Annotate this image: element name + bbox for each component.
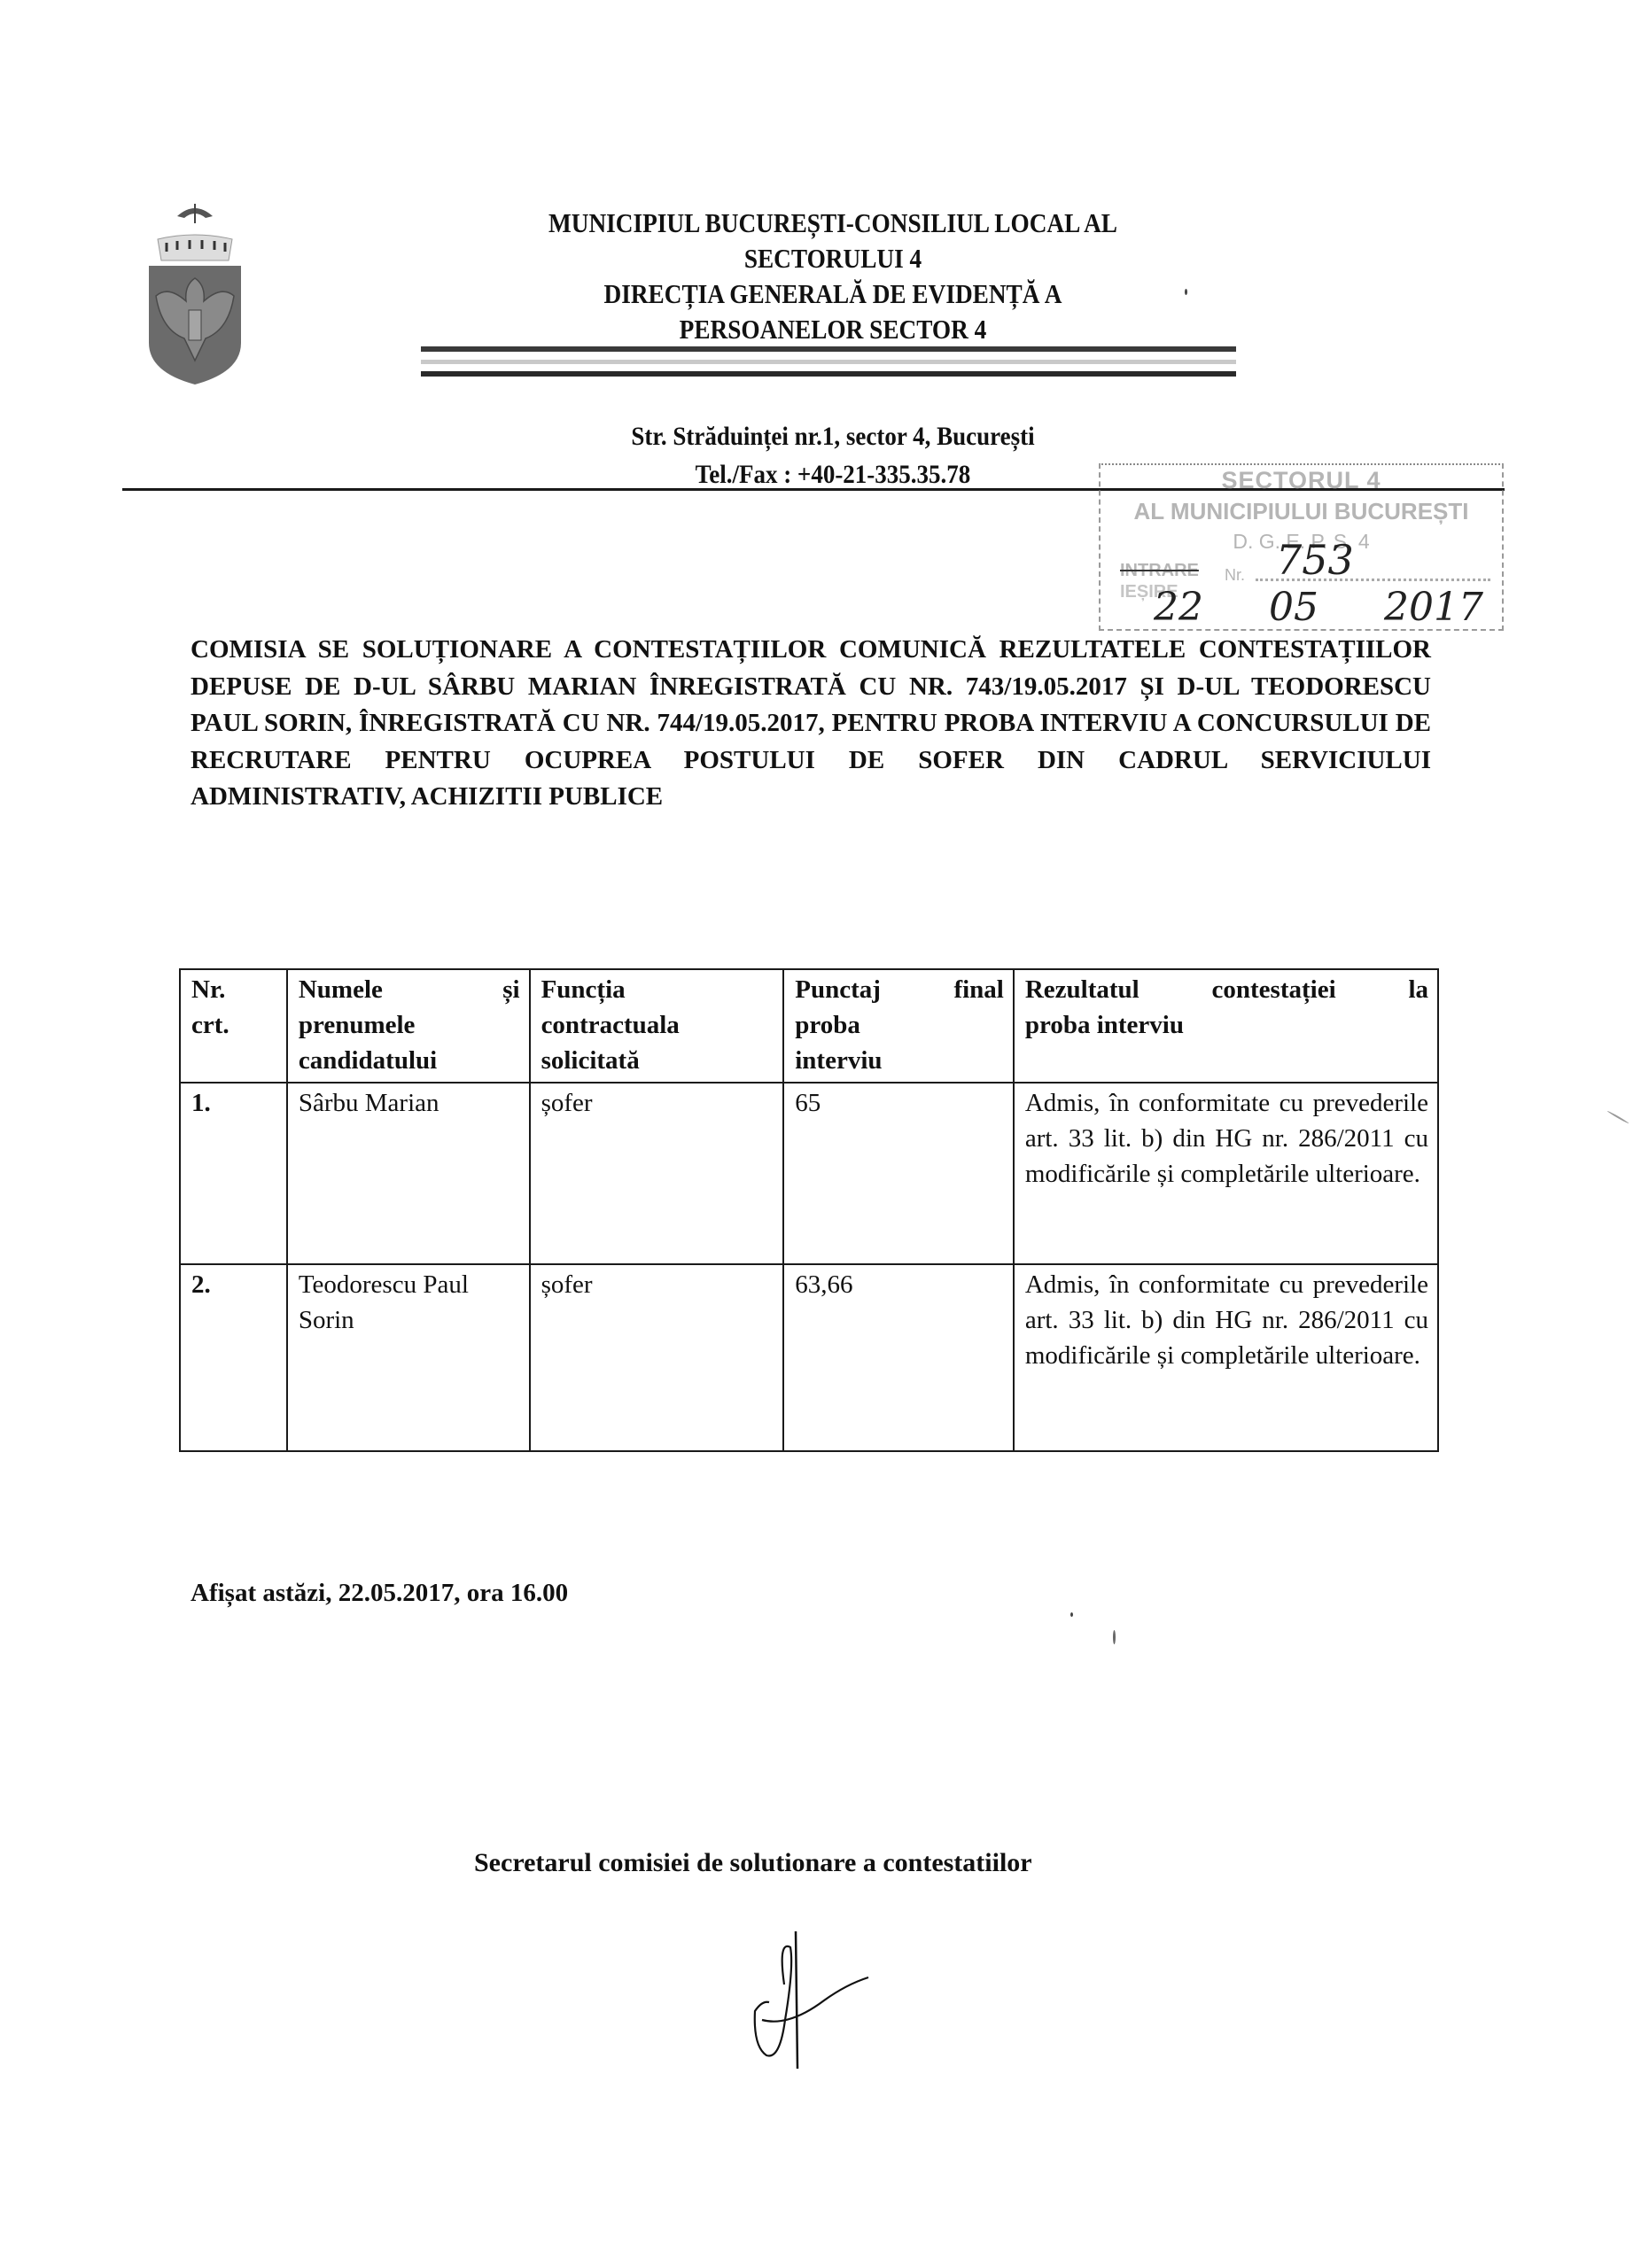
stamp-registration-number: 753 (1276, 536, 1354, 584)
header-score: Punctaj final proba interviu (783, 969, 1014, 1083)
header-text: candidatului (299, 1043, 520, 1078)
institution-line-2: SECTORULUI 4 (466, 241, 1199, 276)
stamp-date: 22 05 2017 (1154, 585, 1499, 630)
address: Str. Străduinței nr.1, sector 4, Bucureș… (458, 417, 1208, 455)
institution-line-1: MUNICIPIUL BUCUREȘTI-CONSILIUL LOCAL AL (466, 206, 1199, 241)
stamp-line-2: AL MUNICIPIULUI BUCUREȘTI (1101, 498, 1502, 525)
coat-of-arms-icon (142, 197, 248, 387)
cell-result: Admis, în conformitate cu prevederile ar… (1014, 1264, 1438, 1451)
cell-function: șofer (530, 1264, 784, 1451)
header-stripe-dark (421, 346, 1236, 352)
stamp-date-day: 22 (1154, 585, 1203, 630)
table-row: 2. Teodorescu Paul Sorin șofer 63,66 Adm… (180, 1264, 1438, 1451)
posted-date: Afișat astăzi, 22.05.2017, ora 16.00 (191, 1579, 568, 1608)
header-text: Rezultatul contestației la (1025, 972, 1428, 1007)
header-function: Funcția contractuala solicitată (530, 969, 784, 1083)
header-stripe-dark-2 (421, 371, 1236, 377)
stamp-nr-label: Nr. (1225, 566, 1245, 585)
scan-speck (1606, 1110, 1629, 1124)
results-table: Nr. crt. Numele și prenumele candidatulu… (179, 968, 1439, 1452)
stamp-line-1: SECTORUL 4 (1101, 467, 1502, 494)
stamp-date-year: 2017 (1384, 585, 1483, 630)
cell-result: Admis, în conformitate cu prevederile ar… (1014, 1083, 1438, 1264)
cell-name: Teodorescu Paul Sorin (287, 1264, 530, 1451)
institution-line-3: DIRECȚIA GENERALĂ DE EVIDENȚĂ A (466, 276, 1199, 312)
announcement-text: COMISIA SE SOLUȚIONARE A CONTESTAȚIILOR … (191, 632, 1431, 816)
header-text: Punctaj final (795, 972, 1004, 1007)
header-text: Funcția (541, 972, 774, 1007)
header-text: Nr. (191, 972, 277, 1007)
cell-function: șofer (530, 1083, 784, 1264)
scan-speck (1185, 289, 1187, 295)
header-stripe-light (421, 360, 1236, 364)
table-row: 1. Sârbu Marian șofer 65 Admis, în confo… (180, 1083, 1438, 1264)
header-text: prenumele (299, 1007, 520, 1043)
stamp-date-month: 05 (1269, 585, 1318, 630)
scan-speck (1070, 1612, 1073, 1617)
cell-nr: 1. (180, 1083, 287, 1264)
signature-icon (727, 1914, 895, 2073)
stamp-entry-label: INTRARE (1120, 561, 1199, 581)
header-text: contractuala (541, 1007, 774, 1043)
cell-score: 63,66 (783, 1264, 1014, 1451)
header-text: proba (795, 1007, 1004, 1043)
header-nr: Nr. crt. (180, 969, 287, 1083)
contact-block: Str. Străduinței nr.1, sector 4, Bucureș… (458, 417, 1208, 493)
header-name: Numele și prenumele candidatului (287, 969, 530, 1083)
header-text: solicitată (541, 1043, 774, 1078)
header-text: crt. (191, 1007, 277, 1043)
cell-nr: 2. (180, 1264, 287, 1451)
cell-name: Sârbu Marian (287, 1083, 530, 1264)
secretary-title: Secretarul comisiei de solutionare a con… (474, 1848, 1032, 1878)
header-text: interviu (795, 1043, 1004, 1078)
header-result: Rezultatul contestației la proba intervi… (1014, 969, 1438, 1083)
institution-name: MUNICIPIUL BUCUREȘTI-CONSILIUL LOCAL AL … (466, 206, 1199, 347)
cell-score: 65 (783, 1083, 1014, 1264)
table-header-row: Nr. crt. Numele și prenumele candidatulu… (180, 969, 1438, 1083)
registration-stamp: SECTORUL 4 AL MUNICIPIULUI BUCUREȘTI D. … (1099, 463, 1504, 631)
header-text: proba interviu (1025, 1007, 1428, 1043)
scan-speck (1113, 1630, 1116, 1644)
header-text: Numele și (299, 972, 520, 1007)
institution-line-4: PERSOANELOR SECTOR 4 (466, 312, 1199, 347)
